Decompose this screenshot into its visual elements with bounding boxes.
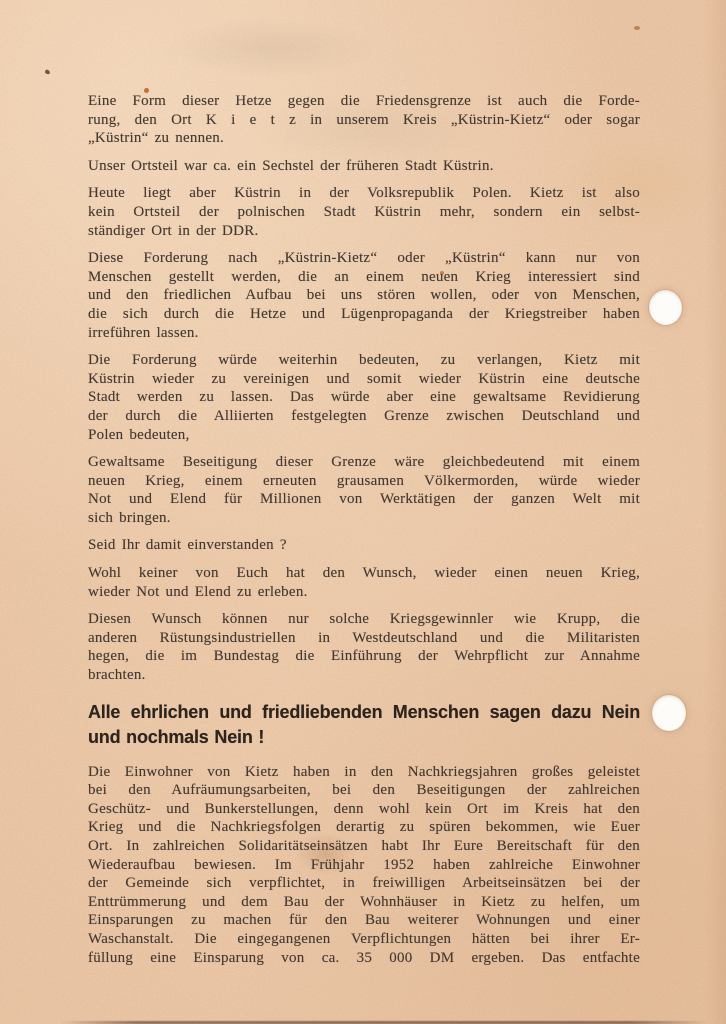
body-paragraph: Seid Ihr damit einverstanden ? [88,536,640,555]
scanned-leaflet-page: Eine Form dieser Hetze gegen die Frieden… [0,0,726,1024]
text-line: Küstrin wieder zu vereinigen und somit w… [88,370,640,389]
text-line: hegen, die im Bundestag die Einführung d… [88,647,640,666]
text-line: Ort. In zahlreichen Solidaritätseinsätze… [88,837,640,856]
body-paragraph: Diese Forderung nach „Küstrin-Kietz“ ode… [88,249,640,342]
text-line: Not und Elend für Millionen von Werktäti… [88,490,640,509]
text-line: wieder Not und Elend zu erleben. [88,583,640,602]
text-line: der Gemeinde sich verpflichtet, in freiw… [88,874,640,893]
text-line: die sich durch die Hetze und Lügenpropag… [88,305,640,324]
text-line: Geschütz- und Bunkerstellungen, denn woh… [88,800,640,819]
text-line: Enttrümmerung und dem Bau der Wohnhäuser… [88,893,640,912]
body-paragraph: Die Forderung würde weiterhin bedeuten, … [88,351,640,444]
text-line: Stadt werden zu lassen. Das würde aber e… [88,388,640,407]
text-line: brachten. [88,666,640,685]
paper-smudge [160,18,380,78]
headline-line: und nochmals Nein ! [88,725,640,750]
body-paragraph: Diesen Wunsch können nur solche Kriegsge… [88,610,640,684]
body-paragraph: Unser Ortsteil war ca. ein Sechstel der … [88,157,640,176]
text-line: bei den Aufräumungsarbeiten, bei den Bes… [88,781,640,800]
text-line: Diese Forderung nach „Küstrin-Kietz“ ode… [88,249,640,268]
page-edge-shadow [704,0,726,1024]
text-line: Waschanstalt. Die eingegangenen Verpflic… [88,930,640,949]
text-line: Eine Form dieser Hetze gegen die Frieden… [88,92,640,111]
paper-speck [634,26,640,30]
text-line: Polen bedeuten, [88,426,640,445]
paper-speck [44,69,50,75]
body-paragraph: Wohl keiner von Euch hat den Wunsch, wie… [88,564,640,601]
text-line: der durch die Alliierten festgelegten Gr… [88,407,640,426]
text-line: Wohl keiner von Euch hat den Wunsch, wie… [88,564,640,583]
text-line: Gewaltsame Beseitigung dieser Grenze wär… [88,453,640,472]
text-line: irreführen lassen. [88,324,640,343]
text-line: Die Forderung würde weiterhin bedeuten, … [88,351,640,370]
body-paragraph: Die Einwohner von Kietz haben in den Nac… [88,763,640,968]
text-line: und den friedlichen Aufbau bei uns störe… [88,286,640,305]
text-line: Einsparungen zu machen für den Bau weite… [88,911,640,930]
text-line: ständiger Ort in der DDR. [88,222,640,241]
text-line: Diesen Wunsch können nur solche Kriegsge… [88,610,640,629]
text-line: Die Einwohner von Kietz haben in den Nac… [88,763,640,782]
text-line: Menschen gestellt werden, die an einem n… [88,268,640,287]
text-line: Krieg und die Nachkriegsfolgen derartig … [88,818,640,837]
headline-line: Alle ehrlichen und friedliebenden Mensch… [88,700,640,725]
text-line: Seid Ihr damit einverstanden ? [88,536,640,555]
text-line: Heute liegt aber Küstrin in der Volksrep… [88,184,640,203]
punch-hole [647,288,685,327]
leaflet-text-block: Eine Form dieser Hetze gegen die Frieden… [88,92,640,976]
text-line: Wiederaufbau bewiesen. Im Frühjahr 1952 … [88,856,640,875]
text-line: neuen Krieg, einem erneuten grausamen Vö… [88,472,640,491]
text-line: anderen Rüstungsindustriellen in Westdeu… [88,629,640,648]
text-line: „Küstrin“ zu nennen. [88,129,640,148]
body-paragraph: Eine Form dieser Hetze gegen die Frieden… [88,92,640,148]
punch-hole [652,695,686,731]
text-line: füllung eine Einsparung von ca. 35 000 D… [88,949,640,968]
body-paragraph: Gewaltsame Beseitigung dieser Grenze wär… [88,453,640,527]
text-line: Unser Ortsteil war ca. ein Sechstel der … [88,157,640,176]
text-line: rung, den Ort K i e t z in unserem Kreis… [88,111,640,130]
body-paragraph: Heute liegt aber Küstrin in der Volksrep… [88,184,640,240]
text-line: sich bringen. [88,509,640,528]
headline-paragraph: Alle ehrlichen und friedliebenden Mensch… [88,700,640,750]
text-line: kein Ortsteil der polnischen Stadt Küstr… [88,203,640,222]
